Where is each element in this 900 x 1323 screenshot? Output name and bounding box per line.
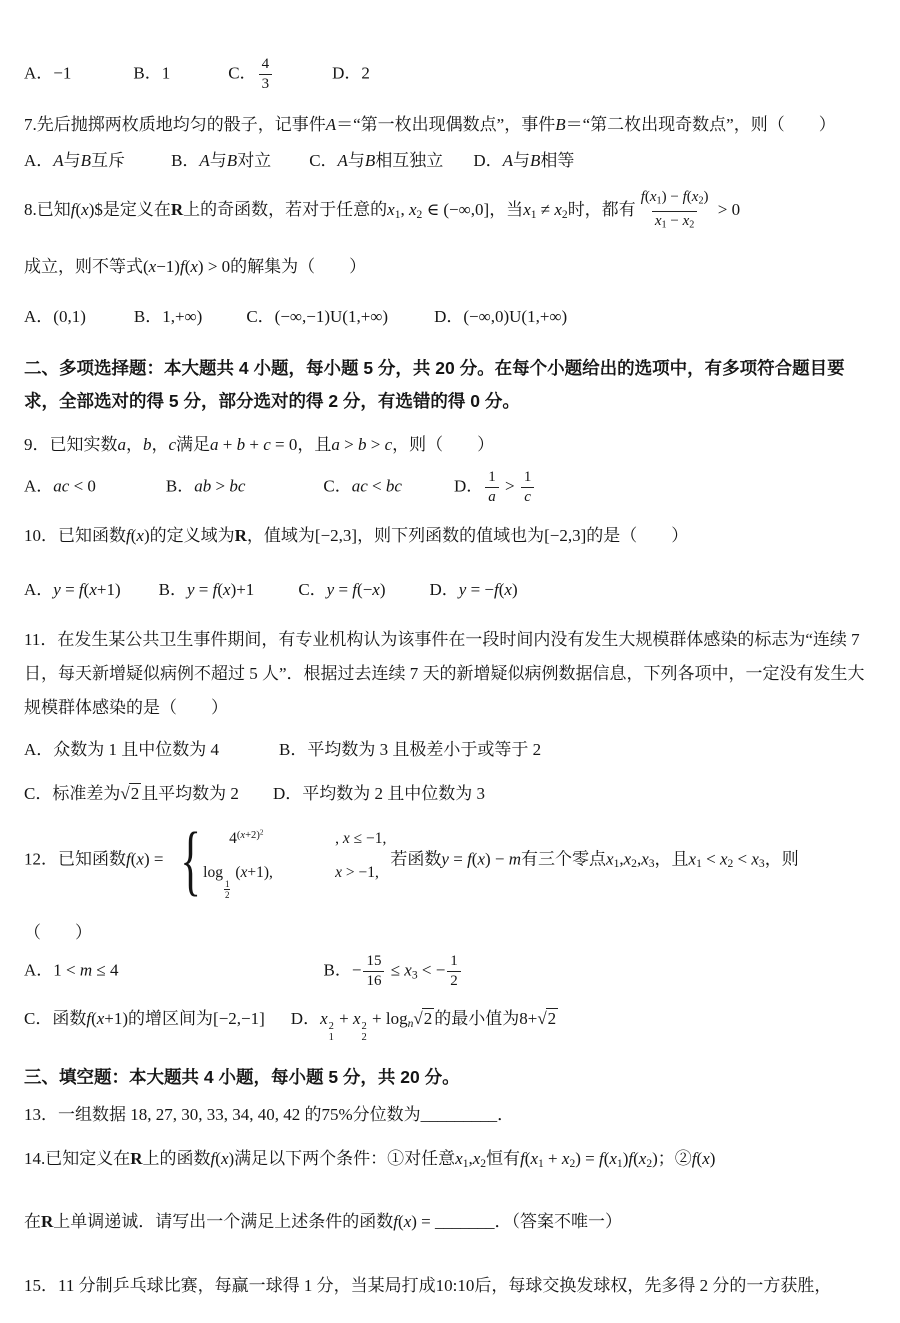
math-roman-run: > bbox=[211, 477, 229, 496]
bold-run: 二、多项选择题：本大题共 4 小题，每小题 5 分，共 20 分。在每个小题给出… bbox=[24, 358, 845, 411]
sqrt-expression: √2 bbox=[537, 1009, 558, 1028]
text-run: 在 bbox=[24, 1212, 41, 1231]
math-roman-run: B．− bbox=[324, 960, 362, 979]
text-run: ，且 bbox=[655, 849, 689, 868]
math-roman-run: C． bbox=[228, 63, 256, 82]
math-italic-run: ac bbox=[53, 477, 69, 496]
math-italic-run: x bbox=[504, 580, 512, 599]
exam-document: A．−1B．1C．43D．27.先后抛掷两枚质地均匀的骰子，记事件A＝“第一枚出… bbox=[0, 0, 900, 1323]
math-italic-run: ab bbox=[194, 477, 211, 496]
math-italic-run: bc bbox=[386, 477, 402, 496]
math-roman-run: A．1 < bbox=[24, 960, 80, 979]
math-italic-run: B bbox=[530, 151, 540, 170]
q14-stem-line2: 在R上单调递诚．请写出一个满足上述条件的函数f(x) = _______．（答案… bbox=[24, 1205, 876, 1239]
math-roman-run: _________ bbox=[421, 1105, 498, 1124]
text-run: 7.先后抛掷两枚质地均匀的骰子，记事件 bbox=[24, 115, 326, 134]
math-roman-run: B． bbox=[166, 477, 194, 496]
math-roman-run: 1 bbox=[488, 469, 496, 485]
math-roman-run: ( bbox=[231, 864, 240, 881]
text-run: ，且 bbox=[297, 435, 331, 454]
math-italic-run: B bbox=[555, 115, 565, 134]
subscript: 2 bbox=[689, 219, 694, 230]
math-italic-run: y bbox=[441, 849, 449, 868]
piecewise-cases: {4(x+2)2, x ≤ −1,log12 (x+1),x > −1, bbox=[172, 821, 387, 900]
math-italic-run: A bbox=[503, 151, 513, 170]
math-roman-run: 1 bbox=[450, 953, 458, 969]
denominator: 2 bbox=[224, 889, 231, 900]
math-roman-run: ∈ (−∞,0] bbox=[422, 200, 489, 219]
denominator: x1 − x2 bbox=[652, 211, 698, 235]
spacer bbox=[219, 754, 279, 755]
math-italic-run: x bbox=[650, 189, 657, 205]
denominator: c bbox=[521, 487, 534, 507]
text-run: 有三个零点 bbox=[521, 849, 606, 868]
text-run: 标准差为 bbox=[52, 784, 120, 803]
text-run: ＝“第一枚出现偶数点”，事件 bbox=[336, 115, 555, 134]
q13-stem: 13．一组数据 18, 27, 30, 33, 34, 40, 42 的75%分… bbox=[24, 1098, 876, 1132]
math-roman-run: , bbox=[400, 200, 409, 219]
spacer bbox=[96, 491, 166, 492]
fraction: f(x1) − f(x2)x1 − x2 bbox=[638, 188, 712, 234]
text-run: ，则（ ） bbox=[392, 435, 494, 454]
math-roman-run: 3 bbox=[262, 76, 270, 92]
math-italic-run: x bbox=[190, 257, 198, 276]
math-roman-run: ≠ bbox=[537, 200, 555, 219]
text-run: 平均数为 2 且中位数为 3 bbox=[302, 784, 485, 803]
math-roman-run: )$ bbox=[89, 200, 103, 219]
math-roman-run: (− bbox=[357, 580, 372, 599]
math-italic-run: x bbox=[404, 960, 412, 979]
math-italic-run: x bbox=[477, 849, 485, 868]
math-roman-run: 16 bbox=[366, 973, 381, 989]
math-roman-run: B．1,+∞) bbox=[134, 307, 202, 326]
q9-stem: 9．已知实数a，b，c满足a + b + c = 0，且a > b > c，则（… bbox=[24, 428, 876, 462]
fraction: 1a bbox=[485, 468, 499, 507]
fraction: 1516 bbox=[363, 952, 384, 991]
spacer bbox=[245, 491, 323, 492]
text-run: 函数 bbox=[52, 1009, 86, 1028]
math-italic-run: x bbox=[343, 830, 350, 847]
text-run: 8.已知 bbox=[24, 200, 71, 219]
math-roman-run: ) = bbox=[411, 1212, 435, 1231]
text-run: 的是（ ） bbox=[586, 526, 688, 545]
denominator: 3 bbox=[259, 74, 273, 94]
math-italic-run: x bbox=[89, 580, 97, 599]
case-condition: x > −1, bbox=[335, 862, 379, 884]
math-roman-run: ≤ bbox=[386, 960, 404, 979]
text-run: 与 bbox=[210, 151, 227, 170]
spacer bbox=[239, 798, 273, 799]
fraction: 43 bbox=[259, 55, 273, 94]
text-run: ． bbox=[497, 1105, 514, 1124]
math-roman-run: C． bbox=[24, 1009, 52, 1028]
math-italic-run: m bbox=[509, 849, 521, 868]
spacer bbox=[265, 1023, 291, 1024]
math-roman-run: > bbox=[366, 435, 384, 454]
math-roman-run: < bbox=[368, 477, 386, 496]
math-roman-run: +2) bbox=[245, 830, 260, 841]
text-run: 满足以下两个条件：①对任意 bbox=[234, 1149, 455, 1168]
numerator: f(x1) − f(x2) bbox=[638, 188, 712, 211]
text-run: 与 bbox=[513, 151, 530, 170]
spacer bbox=[443, 165, 473, 166]
text-run: 互斥 bbox=[91, 151, 125, 170]
math-italic-run: A bbox=[338, 151, 348, 170]
math-italic-run: x bbox=[689, 849, 697, 868]
math-roman-run: A． bbox=[24, 477, 53, 496]
math-italic-run: m bbox=[80, 960, 92, 979]
math-roman-run: < − bbox=[418, 960, 446, 979]
math-roman-run: B． bbox=[159, 580, 187, 599]
text-run: 上单调递诚．请写出一个满足上述条件的函数 bbox=[53, 1212, 393, 1231]
math-italic-run: x bbox=[320, 1009, 328, 1028]
bold-run: R bbox=[235, 526, 247, 545]
fraction: 12 bbox=[447, 952, 461, 991]
math-roman-run: D． bbox=[291, 1009, 320, 1028]
text-run: ，值域为 bbox=[247, 526, 315, 545]
section2-header: 二、多项选择题：本大题共 4 小题，每小题 5 分，共 20 分。在每个小题给出… bbox=[24, 352, 876, 418]
text-run: 恒有 bbox=[486, 1149, 520, 1168]
math-roman-run: +1) bbox=[97, 580, 121, 599]
math-italic-run: B bbox=[227, 151, 237, 170]
math-italic-run: x bbox=[720, 849, 728, 868]
subscript-fraction: 12 bbox=[224, 879, 231, 900]
math-roman-run: = bbox=[61, 580, 79, 599]
superscript: (x+2)2 bbox=[237, 830, 264, 841]
text-run: 平均数为 3 且极差小于或等于 2 bbox=[307, 740, 541, 759]
sub-sup-stack: 22 bbox=[362, 1021, 367, 1043]
case-row: 4(x+2)2, x ≤ −1, bbox=[203, 821, 386, 850]
text-run: 众数为 1 且中位数为 4 bbox=[53, 740, 219, 759]
math-roman-run: + bbox=[335, 1009, 353, 1028]
math-roman-run: + log bbox=[368, 1009, 408, 1028]
math-roman-run: [−2,3] bbox=[544, 526, 586, 545]
cases-rows: 4(x+2)2, x ≤ −1,log12 (x+1),x > −1, bbox=[203, 821, 386, 900]
denominator: 2 bbox=[447, 971, 461, 991]
math-roman-run: 18, 27, 30, 33, 34, 40, 42 bbox=[126, 1105, 305, 1124]
text-run: 与 bbox=[348, 151, 365, 170]
math-roman-run: , bbox=[335, 830, 343, 847]
left-brace-icon: { bbox=[180, 825, 201, 895]
q7-stem: 7.先后抛掷两枚质地均匀的骰子，记事件A＝“第一枚出现偶数点”，事件B＝“第二枚… bbox=[24, 108, 876, 142]
math-roman-run: C．(−∞,−1)U(1,+∞) bbox=[246, 307, 388, 326]
spacer bbox=[386, 594, 430, 595]
numerator: 4 bbox=[259, 55, 273, 74]
bold-run: R bbox=[41, 1212, 53, 1231]
q8-stem-line1: 8.已知f(x)$是定义在R上的奇函数，若对于任意的x1, x2 ∈ (−∞,0… bbox=[24, 188, 876, 234]
math-italic-run: x bbox=[641, 849, 649, 868]
text-run: 的 bbox=[305, 1105, 322, 1124]
denominator: 16 bbox=[363, 971, 384, 991]
math-italic-run: A bbox=[326, 115, 336, 134]
math-roman-run: 75% bbox=[322, 1105, 353, 1124]
text-run: 12．已知函数 bbox=[24, 849, 126, 868]
denominator: a bbox=[485, 487, 499, 507]
math-roman-run: 2 bbox=[548, 1009, 557, 1028]
math-roman-run: D． bbox=[430, 580, 459, 599]
math-roman-run: 10:10 bbox=[436, 1276, 475, 1295]
fraction: 1c bbox=[521, 468, 535, 507]
text-run: 15．11 分制乒乓球比赛，每赢一球得 1 分，当某局打成 bbox=[24, 1276, 436, 1295]
text-run: 上的函数 bbox=[143, 1149, 211, 1168]
math-roman-run: = bbox=[334, 580, 352, 599]
math-roman-run: +1) bbox=[104, 1009, 128, 1028]
spacer bbox=[170, 77, 228, 78]
text-run: ， bbox=[152, 435, 169, 454]
math-roman-run: D． bbox=[454, 477, 483, 496]
math-italic-run: x bbox=[81, 200, 89, 219]
math-italic-run: y bbox=[53, 580, 61, 599]
math-roman-run: log bbox=[203, 864, 223, 881]
math-italic-run: x bbox=[530, 1149, 538, 1168]
numerator: 1 bbox=[521, 468, 535, 487]
text-run: 14.已知定义在 bbox=[24, 1149, 130, 1168]
math-roman-run: A． bbox=[24, 151, 53, 170]
numerator: 1 bbox=[485, 468, 499, 487]
math-roman-run: C． bbox=[24, 784, 52, 803]
text-run: ．（答案不唯一） bbox=[494, 1212, 622, 1231]
math-roman-run: ) = bbox=[144, 849, 168, 868]
spacer bbox=[71, 77, 133, 78]
math-roman-run: ) − bbox=[662, 189, 683, 205]
math-roman-run: C． bbox=[323, 477, 351, 496]
q12-paren: （ ） bbox=[24, 916, 876, 950]
math-roman-run: ) bbox=[710, 1149, 716, 1168]
text-run: 的增区间为 bbox=[128, 1009, 213, 1028]
math-roman-run: 2 bbox=[131, 784, 140, 803]
q8-stem-line2: 成立，则不等式(x−1)f(x) > 0的解集为（ ） bbox=[24, 250, 876, 284]
math-italic-run: c bbox=[524, 489, 531, 505]
math-roman-run: [−2,−1] bbox=[213, 1009, 265, 1028]
text-run: 后，每球交换发球权，先多得 2 分的一方获胜， bbox=[474, 1276, 831, 1295]
math-roman-run: A．(0,1) bbox=[24, 307, 86, 326]
math-roman-run: D． bbox=[473, 151, 502, 170]
text-run: ，则下列函数的值域也为 bbox=[357, 526, 544, 545]
math-italic-run: A bbox=[53, 151, 63, 170]
text-run: ，则 bbox=[765, 849, 799, 868]
math-italic-run: x bbox=[136, 526, 144, 545]
spacer bbox=[202, 321, 246, 322]
sqrt-expression: √2 bbox=[120, 784, 141, 803]
math-roman-run: = bbox=[195, 580, 213, 599]
document-content: A．−1B．1C．43D．27.先后抛掷两枚质地均匀的骰子，记事件A＝“第一枚出… bbox=[24, 55, 876, 1303]
text-run: 相等 bbox=[540, 151, 574, 170]
radicand: 2 bbox=[129, 783, 142, 803]
spacer bbox=[254, 594, 298, 595]
math-roman-run: C． bbox=[298, 580, 326, 599]
math-roman-run: = 0 bbox=[271, 435, 298, 454]
math-italic-run: b bbox=[237, 435, 246, 454]
text-run: 的最小值为 bbox=[434, 1009, 519, 1028]
superscript: 2 bbox=[260, 828, 264, 836]
text-run: ＝“第二枚出现奇数点”，则（ ） bbox=[566, 115, 836, 134]
math-italic-run: a bbox=[331, 435, 340, 454]
bold-run: R bbox=[130, 1149, 142, 1168]
case-row: log12 (x+1),x > −1, bbox=[203, 862, 386, 900]
superscript: 2 bbox=[362, 1021, 367, 1032]
subscript: 2 bbox=[362, 1032, 367, 1043]
math-roman-run: C． bbox=[309, 151, 337, 170]
math-italic-run: a bbox=[210, 435, 219, 454]
math-roman-run: ≤ 4 bbox=[92, 960, 118, 979]
radicand: 2 bbox=[546, 1008, 559, 1028]
numerator: 15 bbox=[363, 952, 384, 971]
math-italic-run: x bbox=[554, 200, 562, 219]
text-run: 是定义在 bbox=[103, 200, 171, 219]
math-roman-run: ) = bbox=[575, 1149, 599, 1168]
q6-options-row: A．−1B．1C．43D．2 bbox=[24, 55, 876, 94]
q10-stem: 10．已知函数f(x)的定义域为R，值域为[−2,3]，则下列函数的值域也为[−… bbox=[24, 519, 876, 553]
numerator: 1 bbox=[225, 879, 230, 889]
text-run: 相互独立 bbox=[375, 151, 443, 170]
math-roman-run: A． bbox=[24, 580, 53, 599]
text-run: 13．一组数据 bbox=[24, 1105, 126, 1124]
q14-stem-line1: 14.已知定义在R上的函数f(x)满足以下两个条件：①对任意x1,x2恒有f(x… bbox=[24, 1142, 876, 1181]
q12-stem: 12．已知函数f(x) = {4(x+2)2, x ≤ −1,log12 (x+… bbox=[24, 821, 876, 900]
math-roman-run: D．(−∞,0)U(1,+∞) bbox=[434, 307, 567, 326]
text-run: 上的奇函数，若对于任意的 bbox=[183, 200, 387, 219]
q11-options-row-ab: A．众数为 1 且中位数为 4B．平均数为 3 且极差小于或等于 2 bbox=[24, 733, 876, 767]
spacer bbox=[121, 594, 159, 595]
math-roman-run: = − bbox=[466, 580, 494, 599]
math-roman-run: < bbox=[702, 849, 720, 868]
math-roman-run: B．1 bbox=[133, 63, 170, 82]
text-run: 11．在发生某公共卫生事件期间，有专业机构认为该事件在一段时间内没有发生大规模群… bbox=[24, 630, 865, 717]
math-roman-run: ) − bbox=[485, 849, 509, 868]
math-roman-run: D． bbox=[273, 784, 302, 803]
math-italic-run: c bbox=[385, 435, 393, 454]
math-italic-run: bc bbox=[229, 477, 245, 496]
math-italic-run: x bbox=[609, 1149, 617, 1168]
bold-run: 三、填空题：本大题共 4 小题，每小题 5 分，共 20 分。 bbox=[24, 1067, 460, 1087]
text-run: ， bbox=[126, 435, 143, 454]
math-italic-run: a bbox=[488, 489, 496, 505]
spacer bbox=[86, 321, 134, 322]
math-roman-run: 15 bbox=[366, 953, 381, 969]
sqrt-expression: √2 bbox=[413, 1009, 434, 1028]
math-italic-run: x bbox=[409, 200, 417, 219]
q7-options-row: A．A与B互斥B．A与B对立C．A与B相互独立D．A与B相等 bbox=[24, 144, 876, 178]
math-italic-run: B bbox=[81, 151, 91, 170]
radicand: 2 bbox=[422, 1008, 435, 1028]
section3-header: 三、填空题：本大题共 4 小题，每小题 5 分，共 20 分。 bbox=[24, 1061, 876, 1094]
q12-options-row-cd: C．函数f(x+1)的增区间为[−2,−1]D．x21 + x22 + logn… bbox=[24, 1002, 876, 1043]
math-italic-run: x bbox=[223, 580, 231, 599]
text-run: 且平均数为 2 bbox=[141, 784, 239, 803]
math-roman-run: ) > 0 bbox=[198, 257, 230, 276]
math-roman-run: + bbox=[544, 1149, 562, 1168]
math-italic-run: ac bbox=[352, 477, 368, 496]
math-roman-run: > −1, bbox=[342, 864, 379, 881]
text-run: 9．已知实数 bbox=[24, 435, 118, 454]
math-roman-run: −1) bbox=[156, 257, 180, 276]
math-roman-run: B． bbox=[171, 151, 199, 170]
text-run: （ ） bbox=[24, 923, 92, 942]
math-roman-run: 2 bbox=[424, 1009, 433, 1028]
text-run: ；② bbox=[658, 1149, 692, 1168]
superscript: 2 bbox=[329, 1021, 334, 1032]
math-roman-run: )+1 bbox=[231, 580, 255, 599]
math-roman-run: < 0 bbox=[69, 477, 96, 496]
q15-stem: 15．11 分制乒乓球比赛，每赢一球得 1 分，当某局打成10:10后，每球交换… bbox=[24, 1269, 876, 1303]
q10-options-row: A．y = f(x+1)B．y = f(x)+1C．y = f(−x)D．y =… bbox=[24, 573, 876, 607]
bold-run: R bbox=[171, 200, 183, 219]
math-roman-run: = bbox=[449, 849, 467, 868]
math-roman-run: > bbox=[501, 477, 519, 496]
text-run: 与 bbox=[64, 151, 81, 170]
spacer bbox=[388, 321, 434, 322]
math-roman-run: > 0 bbox=[714, 200, 741, 219]
math-italic-run: x bbox=[136, 849, 144, 868]
q11-stem: 11．在发生某公共卫生事件期间，有专业机构认为该事件在一段时间内没有发生大规模群… bbox=[24, 623, 876, 725]
math-roman-run: A． bbox=[24, 740, 53, 759]
math-italic-run: c bbox=[169, 435, 177, 454]
math-roman-run: 2 bbox=[450, 973, 458, 989]
spacer bbox=[203, 842, 229, 843]
math-roman-run: +1), bbox=[247, 864, 273, 881]
math-italic-run: x bbox=[335, 864, 342, 881]
case-formula: 4(x+2)2 bbox=[203, 821, 327, 850]
spacer bbox=[402, 491, 454, 492]
sub-sup-stack: 21 bbox=[329, 1021, 334, 1043]
q8-options-row: A．(0,1)B．1,+∞)C．(−∞,−1)U(1,+∞)D．(−∞,0)U(… bbox=[24, 300, 876, 334]
math-italic-run: x bbox=[523, 200, 531, 219]
math-italic-run: c bbox=[263, 435, 271, 454]
math-roman-run: + bbox=[245, 435, 263, 454]
case-condition: , x ≤ −1, bbox=[335, 828, 386, 850]
math-roman-run: > bbox=[340, 435, 358, 454]
q12-options-row-ab: A．1 < m ≤ 4B．−1516 ≤ x3 < −12 bbox=[24, 952, 876, 992]
q11-options-row-cd: C．标准差为√2且平均数为 2D．平均数为 2 且中位数为 3 bbox=[24, 777, 876, 811]
math-italic-run: x bbox=[655, 213, 662, 229]
math-roman-run: + bbox=[219, 435, 237, 454]
math-roman-run: _______ bbox=[435, 1212, 495, 1231]
math-roman-run: 4 bbox=[262, 56, 270, 72]
math-italic-run: a bbox=[118, 435, 127, 454]
math-roman-run: − bbox=[667, 213, 683, 229]
math-roman-run: ) bbox=[512, 580, 518, 599]
text-run: 分位数为 bbox=[353, 1105, 421, 1124]
math-italic-run: x bbox=[455, 1149, 463, 1168]
spacer bbox=[125, 165, 171, 166]
math-roman-run: ) bbox=[380, 580, 386, 599]
text-run: 若函数 bbox=[390, 849, 441, 868]
math-italic-run: x bbox=[372, 580, 380, 599]
math-italic-run: x bbox=[387, 200, 395, 219]
math-roman-run: 1 bbox=[524, 469, 532, 485]
text-run: 的解集为（ ） bbox=[230, 257, 366, 276]
text-run: 的定义域为 bbox=[150, 526, 235, 545]
math-roman-run: < bbox=[733, 849, 751, 868]
math-roman-run: [−2,3] bbox=[315, 526, 357, 545]
math-roman-run: D．2 bbox=[332, 63, 370, 82]
numerator: 1 bbox=[447, 952, 461, 971]
math-roman-run: ≤ −1, bbox=[350, 830, 387, 847]
q9-options-row: A．ac < 0B．ab > bcC．ac < bcD．1a > 1c bbox=[24, 468, 876, 507]
math-italic-run: x bbox=[353, 1009, 361, 1028]
spacer bbox=[274, 77, 332, 78]
math-italic-run: x bbox=[751, 849, 759, 868]
math-italic-run: y bbox=[187, 580, 195, 599]
subscript: 1 bbox=[329, 1032, 334, 1043]
spacer bbox=[271, 165, 309, 166]
math-italic-run: x bbox=[606, 849, 614, 868]
math-roman-run: ) bbox=[704, 189, 709, 205]
text-run: 满足 bbox=[176, 435, 210, 454]
math-italic-run: B bbox=[365, 151, 375, 170]
text-run: ，当 bbox=[489, 200, 523, 219]
text-run: 10．已知函数 bbox=[24, 526, 126, 545]
